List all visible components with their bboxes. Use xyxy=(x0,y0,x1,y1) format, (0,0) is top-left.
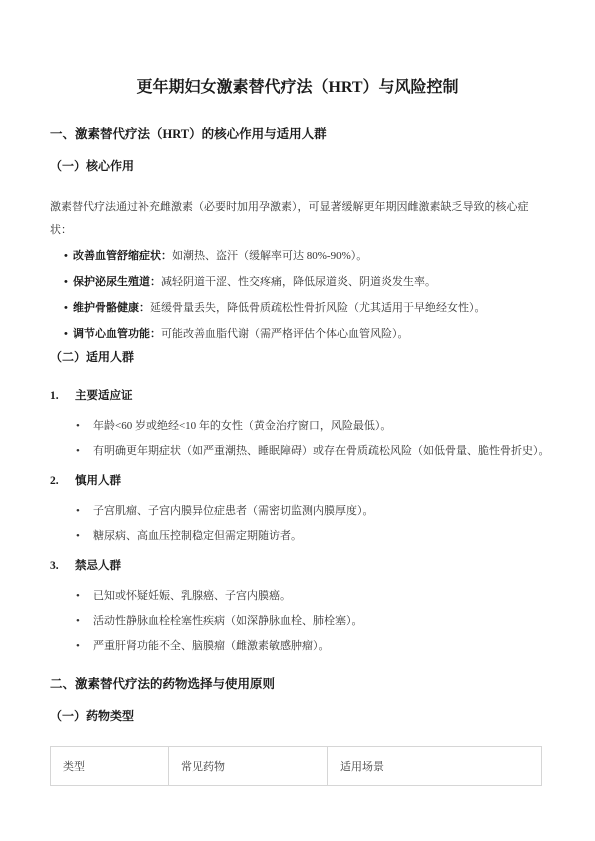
bullet-label: 保护泌尿生殖道： xyxy=(73,276,161,288)
table-header-type: 类型 xyxy=(51,747,169,786)
bullet-text: 如潮热、盗汗（缓解率可达 80%-90%）。 xyxy=(172,250,367,262)
list-item: 有明确更年期症状（如严重潮热、睡眠障碍）或存在骨质疏松风险（如低骨量、脆性骨折史… xyxy=(50,439,545,464)
indications-list: 年龄<60 岁或绝经<10 年的女性（黄金治疗窗口，风险最低）。 有明确更年期症… xyxy=(50,414,545,464)
list-item: 糖尿病、高血压控制稳定但需定期随访者。 xyxy=(50,524,545,549)
group-title: 慎用人群 xyxy=(75,475,121,487)
bullet-text: 严重肝肾功能不全、脑膜瘤（雌激素敏感肿瘤）。 xyxy=(93,640,330,652)
bullet-text: 已知或怀疑妊娠、乳腺癌、子宫内膜癌。 xyxy=(93,590,291,602)
group-number: 2. xyxy=(50,474,75,489)
document-page: 更年期妇女激素替代疗法（HRT）与风险控制 一、激素替代疗法（HRT）的核心作用… xyxy=(0,0,595,841)
bullet-label: 维护骨骼健康： xyxy=(73,302,150,314)
table-header-drug: 常见药物 xyxy=(169,747,328,786)
list-item-cardio: 调节心血管功能：可能改善血脂代谢（需严格评估个体心血管风险）。 xyxy=(50,321,545,347)
bullet-text: 年龄<60 岁或绝经<10 年的女性（黄金治疗窗口，风险最低）。 xyxy=(93,420,391,432)
list-item: 活动性静脉血栓栓塞性疾病（如深静脉血栓、肺栓塞）。 xyxy=(50,609,545,634)
caution-list: 子宫肌瘤、子宫内膜异位症患者（需密切监测内膜厚度）。 糖尿病、高血压控制稳定但需… xyxy=(50,499,545,549)
list-item: 年龄<60 岁或绝经<10 年的女性（黄金治疗窗口，风险最低）。 xyxy=(50,414,545,439)
bullet-text: 可能改善血脂代谢（需严格评估个体心血管风险）。 xyxy=(161,328,409,340)
bullet-label: 改善血管舒缩症状： xyxy=(73,250,172,262)
table-header-scene: 适用场景 xyxy=(328,747,542,786)
group-heading: 2.慎用人群 xyxy=(50,472,545,489)
section-1-2-heading: （二）适用人群 xyxy=(50,350,545,365)
drug-type-table: 类型 常见药物 适用场景 xyxy=(50,746,542,786)
bullet-label: 调节心血管功能： xyxy=(73,328,161,340)
section-1-1-heading: （一）核心作用 xyxy=(50,159,545,174)
group-title: 主要适应证 xyxy=(75,390,133,402)
group-number: 1. xyxy=(50,389,75,404)
document-title: 更年期妇女激素替代疗法（HRT）与风险控制 xyxy=(50,78,545,98)
list-item: 已知或怀疑妊娠、乳腺癌、子宫内膜癌。 xyxy=(50,584,545,609)
list-item: 严重肝肾功能不全、脑膜瘤（雌激素敏感肿瘤）。 xyxy=(50,634,545,659)
bullet-text: 活动性静脉血栓栓塞性疾病（如深静脉血栓、肺栓塞）。 xyxy=(93,615,363,627)
section-2-heading: 二、激素替代疗法的药物选择与使用原则 xyxy=(50,677,545,692)
list-item-bone: 维护骨骼健康：延缓骨量丢失，降低骨质疏松性骨折风险（尤其适用于早绝经女性）。 xyxy=(50,295,545,321)
group-title: 禁忌人群 xyxy=(75,560,121,572)
group-heading: 3.禁忌人群 xyxy=(50,557,545,574)
list-item-urogenital: 保护泌尿生殖道：减轻阴道干涩、性交疼痛，降低尿道炎、阴道炎发生率。 xyxy=(50,269,545,295)
bullet-text: 减轻阴道干涩、性交疼痛，降低尿道炎、阴道炎发生率。 xyxy=(161,276,436,288)
group-number: 3. xyxy=(50,559,75,574)
core-benefits-list: 改善血管舒缩症状：如潮热、盗汗（缓解率可达 80%-90%）。 保护泌尿生殖道：… xyxy=(50,243,545,347)
group-contraindications: 3.禁忌人群 已知或怀疑妊娠、乳腺癌、子宫内膜癌。 活动性静脉血栓栓塞性疾病（如… xyxy=(50,557,545,659)
section-2-1-heading: （一）药物类型 xyxy=(50,709,545,724)
section-1-heading: 一、激素替代疗法（HRT）的核心作用与适用人群 xyxy=(50,127,545,142)
group-caution: 2.慎用人群 子宫肌瘤、子宫内膜异位症患者（需密切监测内膜厚度）。 糖尿病、高血… xyxy=(50,472,545,549)
table-header-row: 类型 常见药物 适用场景 xyxy=(51,747,542,786)
list-item: 子宫肌瘤、子宫内膜异位症患者（需密切监测内膜厚度）。 xyxy=(50,499,545,524)
bullet-text: 子宫肌瘤、子宫内膜异位症患者（需密切监测内膜厚度）。 xyxy=(93,505,374,517)
bullet-text: 延缓骨量丢失，降低骨质疏松性骨折风险（尤其适用于早绝经女性）。 xyxy=(150,302,486,314)
list-item-vasomotor: 改善血管舒缩症状：如潮热、盗汗（缓解率可达 80%-90%）。 xyxy=(50,243,545,269)
bullet-text: 有明确更年期症状（如严重潮热、睡眠障碍）或存在骨质疏松风险（如低骨量、脆性骨折史… xyxy=(93,445,550,457)
contraindications-list: 已知或怀疑妊娠、乳腺癌、子宫内膜癌。 活动性静脉血栓栓塞性疾病（如深静脉血栓、肺… xyxy=(50,584,545,659)
group-indications: 1.主要适应证 年龄<60 岁或绝经<10 年的女性（黄金治疗窗口，风险最低）。… xyxy=(50,387,545,464)
group-heading: 1.主要适应证 xyxy=(50,387,545,404)
bullet-text: 糖尿病、高血压控制稳定但需定期随访者。 xyxy=(93,530,302,542)
core-function-intro: 激素替代疗法通过补充雌激素（必要时加用孕激素），可显著缓解更年期因雌激素缺乏导致… xyxy=(50,196,545,242)
